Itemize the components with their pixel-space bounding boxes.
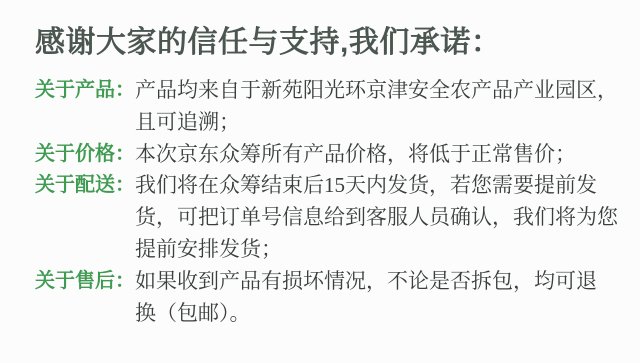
promise-item-product: 关于产品： 产品均来自于新苑阳光环京津安全农产品产业园区， 且可追溯； [35,75,622,139]
promise-label-aftersales: 关于售后： [35,266,135,298]
promise-line: 产品均来自于新苑阳光环京津安全农产品产业园区， [135,75,618,107]
promise-line: 换（包邮）。 [135,298,597,330]
promise-text-price: 本次京东众筹所有产品价格，将低于正常售价； [135,139,576,171]
promise-line: 货，可把订单号信息给到客服人员确认，我们将为您 [135,202,618,234]
promise-line: 本次京东众筹所有产品价格，将低于正常售价； [135,139,576,171]
promise-item-delivery: 关于配送： 我们将在众筹结束后15天内发货，若您需要提前发 货，可把订单号信息给… [35,170,622,265]
promise-item-aftersales: 关于售后： 如果收到产品有损坏情况，不论是否拆包，均可退 换（包邮）。 [35,266,622,330]
promise-item-price: 关于价格： 本次京东众筹所有产品价格，将低于正常售价； [35,139,622,171]
promise-list: 关于产品： 产品均来自于新苑阳光环京津安全农产品产业园区， 且可追溯； 关于价格… [35,75,622,329]
promise-line: 提前安排发货； [135,234,618,266]
promise-text-delivery: 我们将在众筹结束后15天内发货，若您需要提前发 货，可把订单号信息给到客服人员确… [135,170,618,265]
notice-page: 感谢大家的信任与支持,我们承诺： 关于产品： 产品均来自于新苑阳光环京津安全农产… [0,0,640,363]
promise-text-product: 产品均来自于新苑阳光环京津安全农产品产业园区， 且可追溯； [135,75,618,139]
promise-line: 且可追溯； [135,107,618,139]
promise-line: 如果收到产品有损坏情况，不论是否拆包，均可退 [135,266,597,298]
promise-line: 我们将在众筹结束后15天内发货，若您需要提前发 [135,170,618,202]
promise-label-delivery: 关于配送： [35,170,135,202]
promise-label-product: 关于产品： [35,75,135,107]
page-title: 感谢大家的信任与支持,我们承诺： [35,25,622,61]
promise-text-aftersales: 如果收到产品有损坏情况，不论是否拆包，均可退 换（包邮）。 [135,266,597,330]
promise-label-price: 关于价格： [35,139,135,171]
